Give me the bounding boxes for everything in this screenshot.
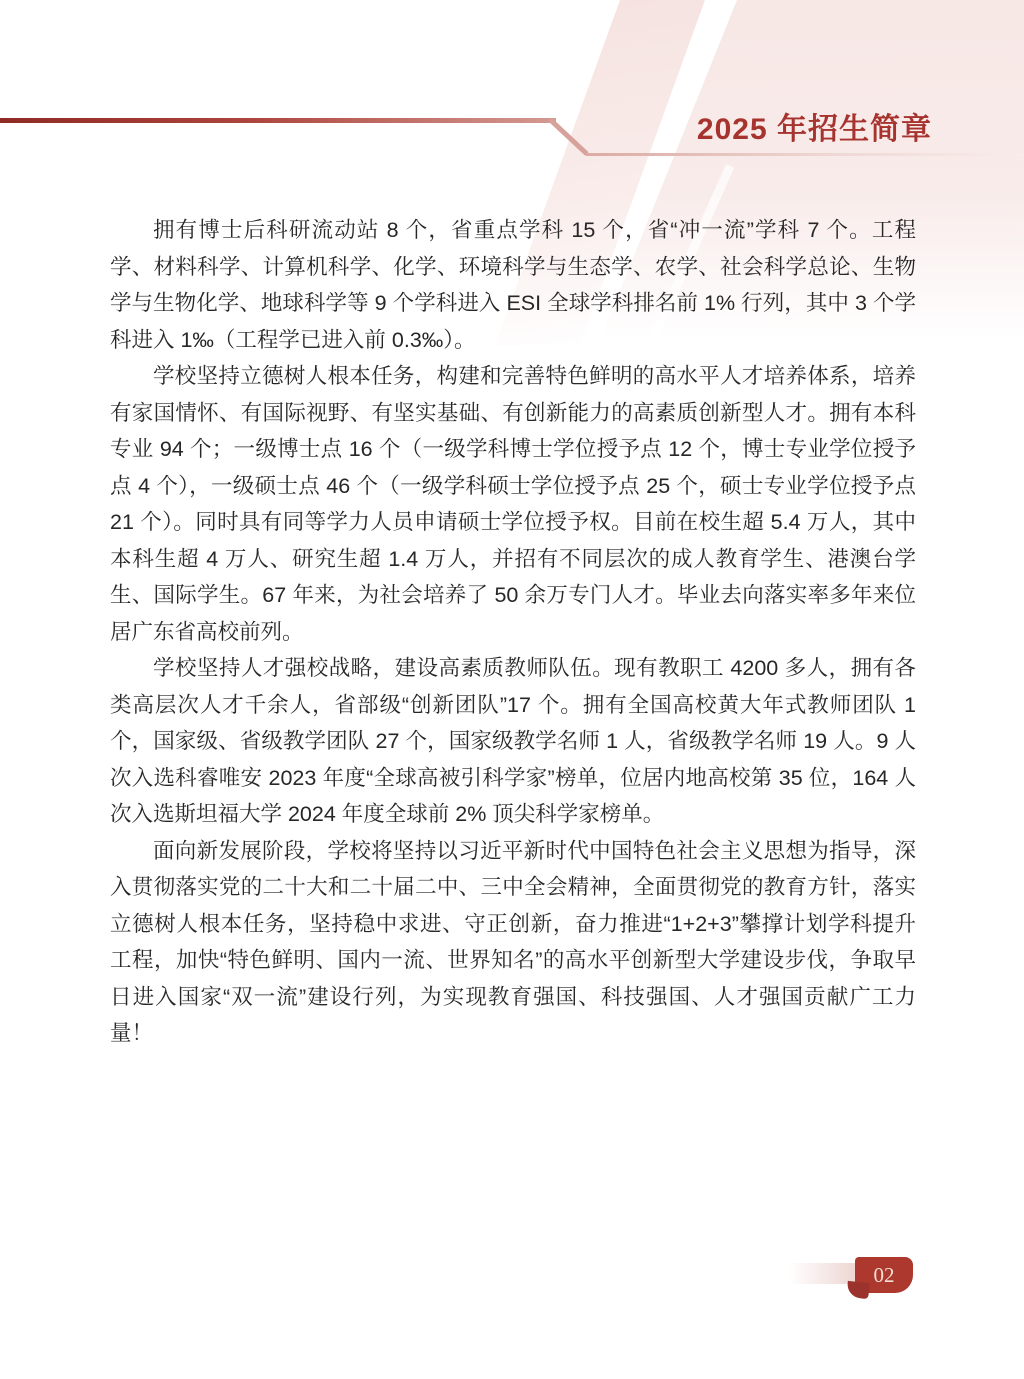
header-rule-thick-segment (0, 118, 556, 123)
page-title: 2025 年招生简章 (697, 104, 932, 148)
paragraph-disciplines: 拥有博士后科研流动站 8 个，省重点学科 15 个，省“冲一流”学科 7 个。工… (110, 212, 916, 358)
body-text: 拥有博士后科研流动站 8 个，省重点学科 15 个，省“冲一流”学科 7 个。工… (110, 212, 916, 1052)
page-number-strip (789, 1263, 856, 1284)
brochure-page: 2025 年招生简章 拥有博士后科研流动站 8 个，省重点学科 15 个，省“冲… (0, 0, 1024, 1379)
header-rule-thin-segment (586, 153, 1024, 156)
page-number: 02 (874, 1263, 895, 1288)
paragraph-development-outlook: 面向新发展阶段，学校将坚持以习近平新时代中国特色社会主义思想为指导，深入贯彻落实… (110, 833, 916, 1052)
paragraph-talent-cultivation: 学校坚持立德树人根本任务，构建和完善特色鲜明的高水平人才培养体系，培养有家国情怀… (110, 358, 916, 650)
page-number-badge: 02 (855, 1257, 913, 1293)
paragraph-faculty: 学校坚持人才强校战略，建设高素质教师队伍。现有教职工 4200 多人，拥有各类高… (110, 650, 916, 833)
